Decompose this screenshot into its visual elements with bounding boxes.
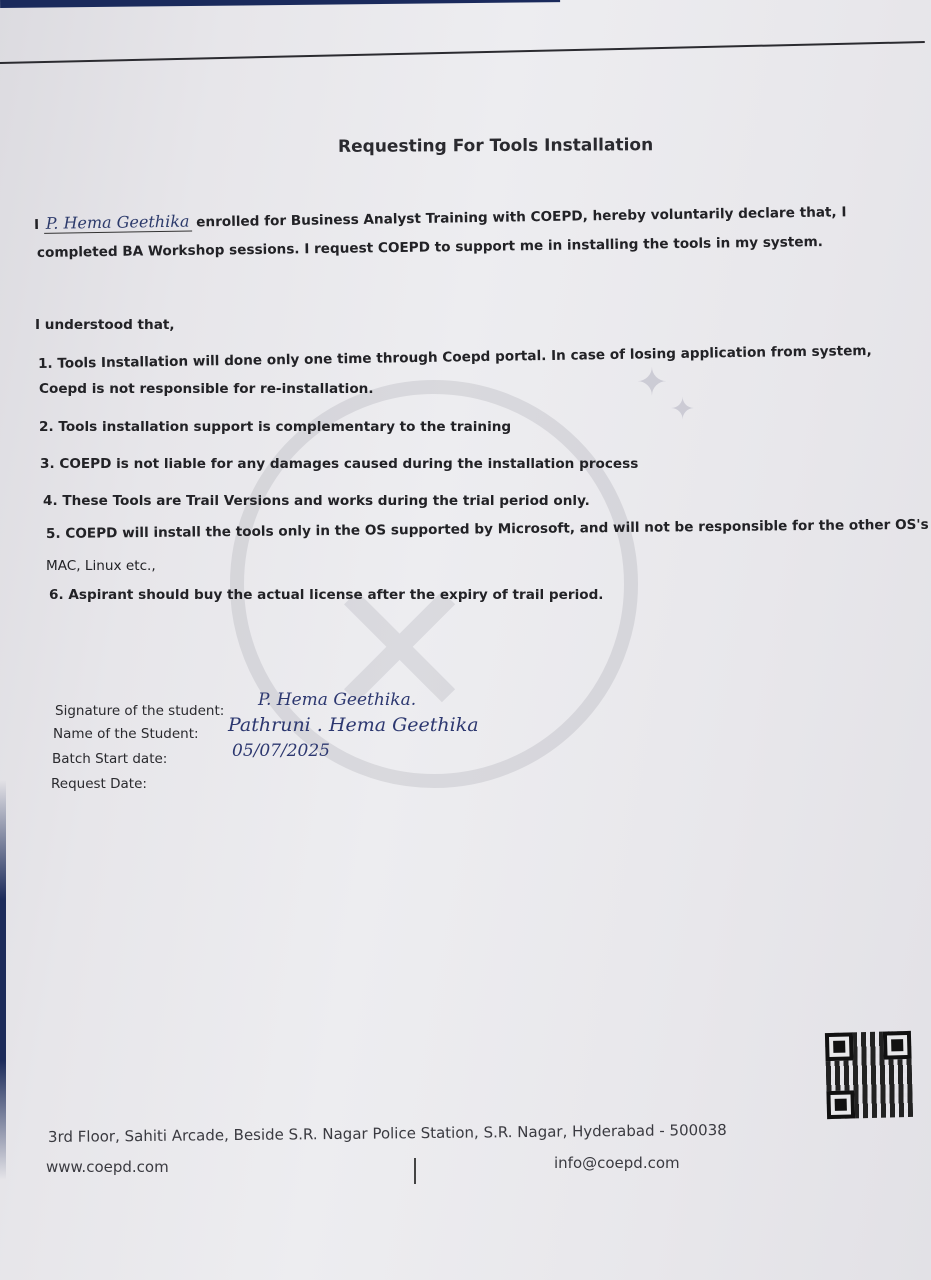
declaration-line-2: completed BA Workshop sessions. I reques… xyxy=(37,234,823,261)
term-1-line-2: Coepd is not responsible for re-installa… xyxy=(39,381,374,397)
background-edge xyxy=(0,780,6,1180)
signature-label: Signature of the student: xyxy=(55,703,224,719)
term-4: 4. These Tools are Trail Versions and wo… xyxy=(43,493,590,509)
batch-start-value: 05/07/2025 xyxy=(232,741,330,761)
footer-website[interactable]: www.coepd.com xyxy=(46,1158,169,1176)
header-rule xyxy=(0,41,925,64)
name-value: Pathruni . Hema Geethika xyxy=(228,714,479,736)
term-5-line-2: MAC, Linux etc., xyxy=(46,558,156,574)
term-6: 6. Aspirant should buy the actual licens… xyxy=(49,587,603,603)
footer-address: 3rd Floor, Sahiti Arcade, Beside S.R. Na… xyxy=(48,1121,727,1146)
declaration-text: enrolled for Business Analyst Training w… xyxy=(196,204,846,230)
term-3: 3. COEPD is not liable for any damages c… xyxy=(40,456,638,472)
document-page: ✕ ✦ ✦ Requesting For Tools Installation … xyxy=(0,0,931,1280)
footer-email[interactable]: info@coepd.com xyxy=(554,1154,680,1172)
star-icon: ✦ xyxy=(636,360,668,404)
letterhead-band xyxy=(0,0,560,8)
page-title: Requesting For Tools Installation xyxy=(338,135,653,157)
request-date-label: Request Date: xyxy=(51,776,147,792)
declaration-handwritten-name: P. Hema Geethika xyxy=(44,212,192,234)
term-1-line-1: 1. Tools Installation will done only one… xyxy=(38,343,872,372)
term-2: 2. Tools installation support is complem… xyxy=(39,419,511,435)
star-icon: ✦ xyxy=(670,392,695,427)
batch-start-label: Batch Start date: xyxy=(52,751,167,767)
footer-divider xyxy=(414,1158,416,1184)
name-label: Name of the Student: xyxy=(53,726,199,742)
signature-value: P. Hema Geethika. xyxy=(258,690,416,710)
declaration-prefix: I xyxy=(34,217,39,233)
qr-code-icon xyxy=(825,1031,913,1119)
understood-heading: I understood that, xyxy=(35,317,175,333)
declaration-line-1: I P. Hema Geethika enrolled for Business… xyxy=(34,201,847,234)
